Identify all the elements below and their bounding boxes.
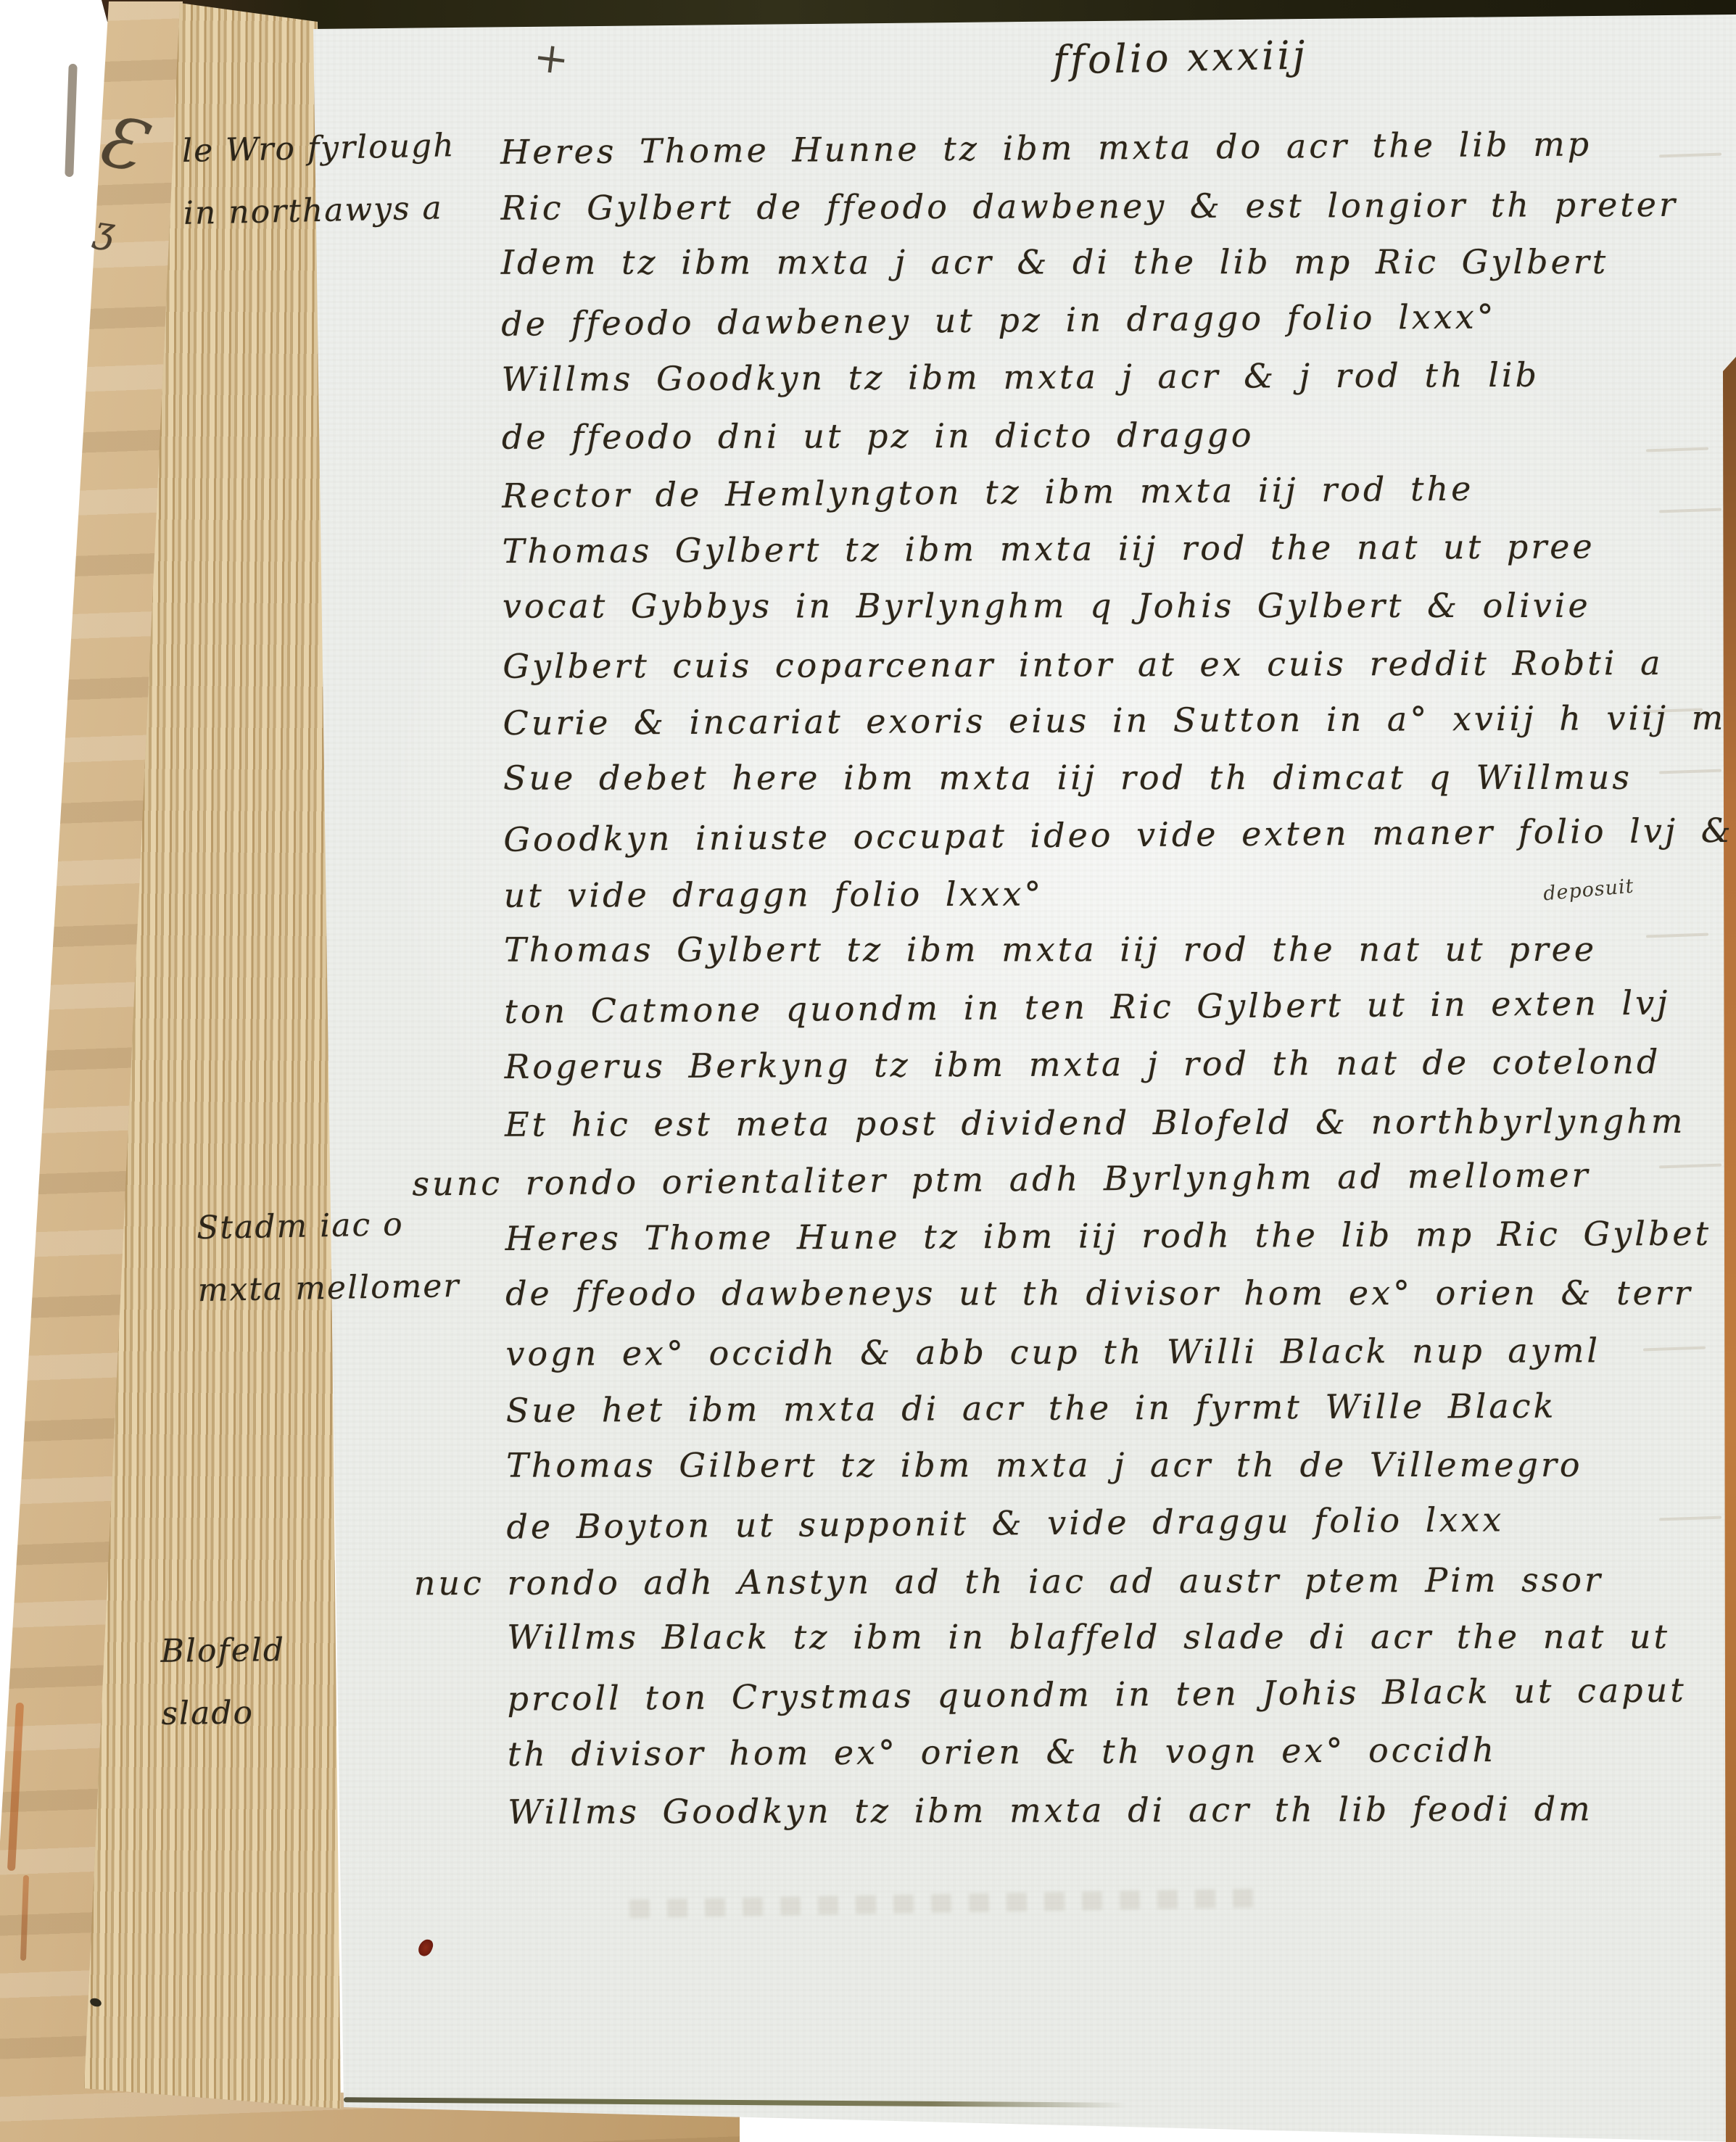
handwriting-layer: ffolio xxxiij + le Wro fyrlough in north… (0, 0, 1736, 2142)
manuscript-line: Thomas Gylbert tz ibm mxta iij rod the n… (504, 921, 1736, 979)
margin-note-blofeld-slade: Blofeld slado (160, 1619, 286, 1745)
manuscript-line: Rogerus Berkyng tz ibm mxta j rod th nat… (505, 1033, 1736, 1096)
manuscript-line: Idem tz ibm mxta j acr & di the lib mp R… (501, 233, 1736, 291)
manuscript-line: Curie & incariat exoris eius in Sutton i… (503, 689, 1736, 752)
manuscript-line: prcoll ton Crystmas quondm in ten Johis … (507, 1661, 1736, 1728)
margin-note-line: Blofeld (160, 1619, 285, 1683)
manuscript-line: Willms Goodkyn tz ibm mxta di acr th lib… (508, 1780, 1736, 1841)
manuscript-photo: ffolio xxxiij + le Wro fyrlough in north… (0, 0, 1736, 2142)
manuscript-line: th divisor hom ex° orien & th vogn ex° o… (508, 1720, 1736, 1783)
manuscript-line: Heres Thome Hunne tz ibm mxta do acr the… (500, 115, 1736, 181)
manuscript-line: Sue het ibm mxta di acr the in fyrmt Wil… (506, 1376, 1736, 1439)
manuscript-line: Thomas Gilbert tz ibm mxta j acr th de V… (506, 1436, 1736, 1494)
margin-note-furlong: le Wro fyrlough in northawys a (181, 115, 457, 245)
folio-heading: ffolio xxxiij (1052, 32, 1308, 83)
manuscript-line: de ffeodo dawbeney ut pz in draggo folio… (501, 286, 1736, 353)
manuscript-line: Ric Gylbert de ffeodo dawbeney & est lon… (500, 176, 1736, 237)
margin-note-line: in northawys a (183, 177, 457, 245)
manuscript-line: Gylbert cuis coparcenar intor at ex cuis… (503, 634, 1736, 695)
manuscript-line: vogn ex° occidh & abb cup th Willi Black… (505, 1322, 1736, 1383)
manuscript-line: Thomas Gylbert tz ibm mxta iij rod the n… (502, 517, 1736, 580)
manuscript-line: Willms Goodkyn tz ibm mxta j acr & j rod… (501, 345, 1736, 408)
manuscript-line: ton Catmone quondm in ten Ric Gylbert ut… (504, 974, 1736, 1041)
margin-note-line: mxta mellomer (197, 1255, 460, 1322)
manuscript-line: Willms Black tz ibm in blaffeld slade di… (507, 1608, 1736, 1666)
manuscript-line: de ffeodo dni ut pz in dicto draggo (502, 405, 1736, 466)
manuscript-line: Sue debet here ibm mxta iij rod th dimca… (503, 749, 1736, 807)
pen-trial-flourish: Ɛ (89, 99, 151, 188)
cross-mark: + (531, 31, 572, 84)
manuscript-line: Et hic est meta post dividend Blofeld & … (505, 1093, 1736, 1154)
margin-note-line: le Wro fyrlough (181, 115, 455, 183)
manuscript-line: vocat Gybbys in Byrlynghm q Johis Gylber… (503, 577, 1736, 635)
manuscript-line: Heres Thome Hune tz ibm iij rodh the lib… (505, 1204, 1736, 1268)
pen-trial-squiggle: ʒ (91, 207, 117, 252)
manuscript-line: nuc rondo adh Anstyn ad th iac ad austr … (414, 1551, 1736, 1612)
manuscript-line: Rector de Hemlyngton tz ibm mxta iij rod… (502, 458, 1736, 525)
margin-note-line: slado (161, 1682, 286, 1745)
body-text: Heres Thome Hunne tz ibm mxta do acr the… (500, 116, 1736, 1840)
manuscript-line: Goodkyn iniuste occupat ideo vide exten … (503, 802, 1736, 869)
manuscript-line: de Boyton ut supponit & vide draggu foli… (506, 1489, 1736, 1556)
manuscript-line: de ffeodo dawbeneys ut th divisor hom ex… (505, 1265, 1736, 1323)
manuscript-line: sunc rondo orientaliter ptm adh Byrlyngh… (412, 1146, 1736, 1213)
